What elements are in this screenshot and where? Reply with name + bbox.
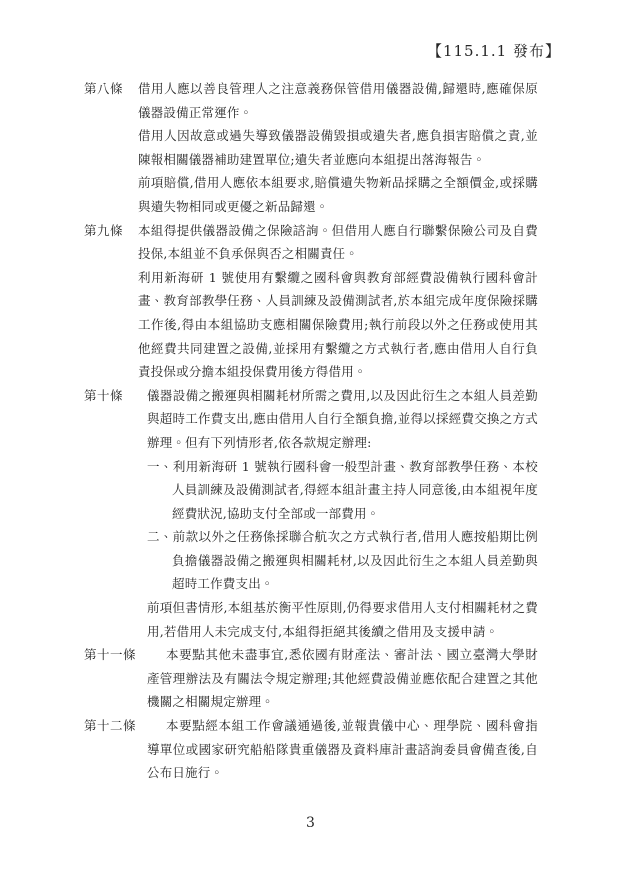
article-9-paragraph-2: 利用新海研 1 號使用有繫纜之國科會與教育部經費設備執行國科會計畫、教育部教學任… — [138, 266, 538, 384]
article-10-item-1: 一、利用新海研 1 號執行國科會一般型計畫、教育部教學任務、本校人員訓練及設備測… — [147, 455, 538, 526]
article-9-label: 第九條 — [84, 219, 123, 243]
article-11-label: 第十一條 — [84, 643, 136, 667]
article-8-paragraph-2: 借用人因故意或過失導致儀器設備毀損或遺失者,應負損害賠償之責,並陳報相關儀器補助… — [138, 124, 538, 171]
article-8: 第八條 借用人應以善良管理人之注意義務保管借用儀器設備,歸還時,應確保原儀器設備… — [84, 77, 538, 219]
article-10-label: 第十條 — [84, 384, 123, 408]
article-9: 第九條 本組得提供儀器設備之保險諮詢。但借用人應自行聯繫保險公司及自費投保,本組… — [84, 219, 538, 384]
article-8-label: 第八條 — [84, 77, 123, 101]
document-body: 第八條 借用人應以善良管理人之注意義務保管借用儀器設備,歸還時,應確保原儀器設備… — [0, 77, 621, 785]
article-10-paragraph-2: 前項但書情形,本組基於衡平性原則,仍得要求借用人支付相關耗材之費用,若借用人未完… — [147, 596, 538, 643]
publish-date-tag: 【115.1.1 發布】 — [427, 40, 561, 61]
article-8-paragraph-3: 前項賠償,借用人應依本組要求,賠償遺失物新品採購之全額價金,或採購與遺失物相同或… — [138, 171, 538, 218]
article-12-label: 第十二條 — [84, 714, 136, 738]
article-11: 第十一條 本要點其他未盡事宜,悉依國有財產法、審計法、國立臺灣大學財產管理辦法及… — [84, 643, 538, 714]
page-number: 3 — [0, 815, 621, 831]
article-10-paragraph-1: 儀器設備之搬運與相關耗材所需之費用,以及因此衍生之本組人員差勤與超時工作費支出,… — [147, 384, 538, 455]
document-page: 【115.1.1 發布】 第八條 借用人應以善良管理人之注意義務保管借用儀器設備… — [0, 0, 621, 877]
article-10-item-2: 二、前款以外之任務係採聯合航次之方式執行者,借用人應按船期比例負擔儀器設備之搬運… — [147, 525, 538, 596]
article-12: 第十二條 本要點經本組工作會議通過後,並報貴儀中心、理學院、國科會指導單位或國家… — [84, 714, 538, 785]
article-11-paragraph-1: 本要點其他未盡事宜,悉依國有財產法、審計法、國立臺灣大學財產管理辦法及有關法令規… — [147, 643, 538, 714]
article-8-paragraph-1: 借用人應以善良管理人之注意義務保管借用儀器設備,歸還時,應確保原儀器設備正常運作… — [138, 77, 538, 124]
article-9-paragraph-1: 本組得提供儀器設備之保險諮詢。但借用人應自行聯繫保險公司及自費投保,本組並不負承… — [138, 219, 538, 266]
article-12-paragraph-1: 本要點經本組工作會議通過後,並報貴儀中心、理學院、國科會指導單位或國家研究船船隊… — [147, 714, 538, 785]
article-10: 第十條 儀器設備之搬運與相關耗材所需之費用,以及因此衍生之本組人員差勤與超時工作… — [84, 384, 538, 644]
